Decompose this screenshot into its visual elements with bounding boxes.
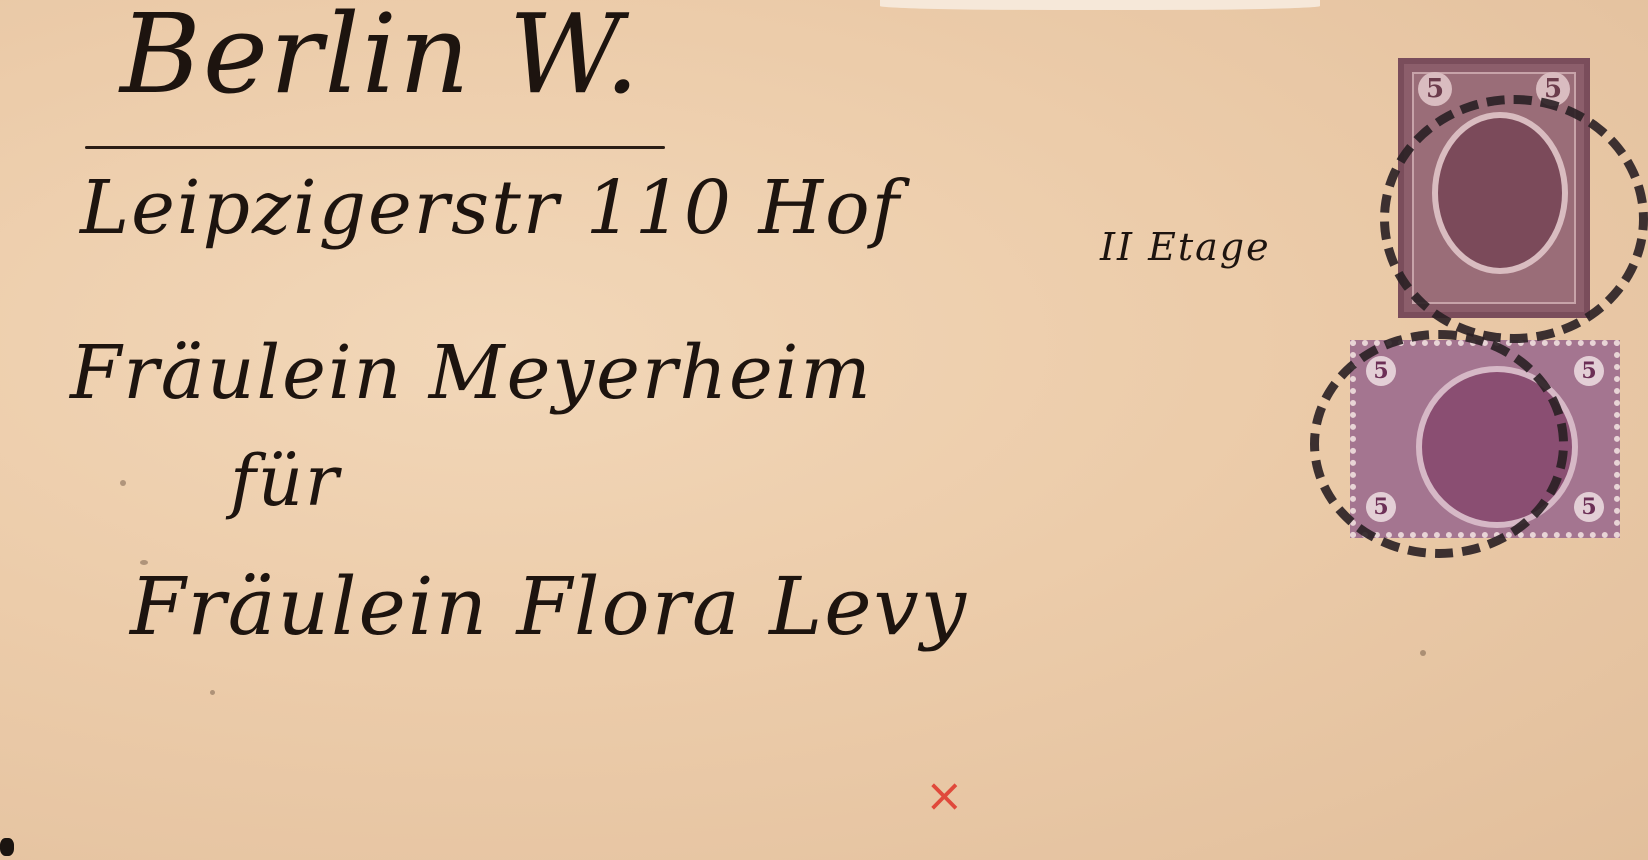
- foxing-spot: [120, 480, 126, 486]
- address-floor: II Etage: [1100, 225, 1271, 269]
- postmark-cancel-bottom: [1310, 330, 1568, 558]
- denomination: 5: [1574, 356, 1604, 386]
- address-addressee: Fräulein Flora Levy: [130, 560, 968, 653]
- denomination-left: 5: [1418, 72, 1452, 106]
- postmark-cancel-top: [1380, 95, 1648, 343]
- address-street: Leipzigerstr 110 Hof: [80, 165, 901, 251]
- city-underline: [85, 146, 665, 149]
- foxing-spot: [210, 690, 215, 695]
- red-cross-mark: ×: [925, 772, 964, 818]
- foxing-spot: [1420, 650, 1426, 656]
- envelope: Berlin W. Leipzigerstr 110 Hof II Etage …: [0, 0, 1648, 860]
- ink-blot: [0, 838, 14, 856]
- denomination: 5: [1574, 492, 1604, 522]
- address-for: für: [230, 440, 340, 522]
- address-recipient: Fräulein Meyerheim: [70, 330, 873, 416]
- address-city: Berlin W.: [120, 0, 642, 118]
- torn-edge: [880, 0, 1320, 10]
